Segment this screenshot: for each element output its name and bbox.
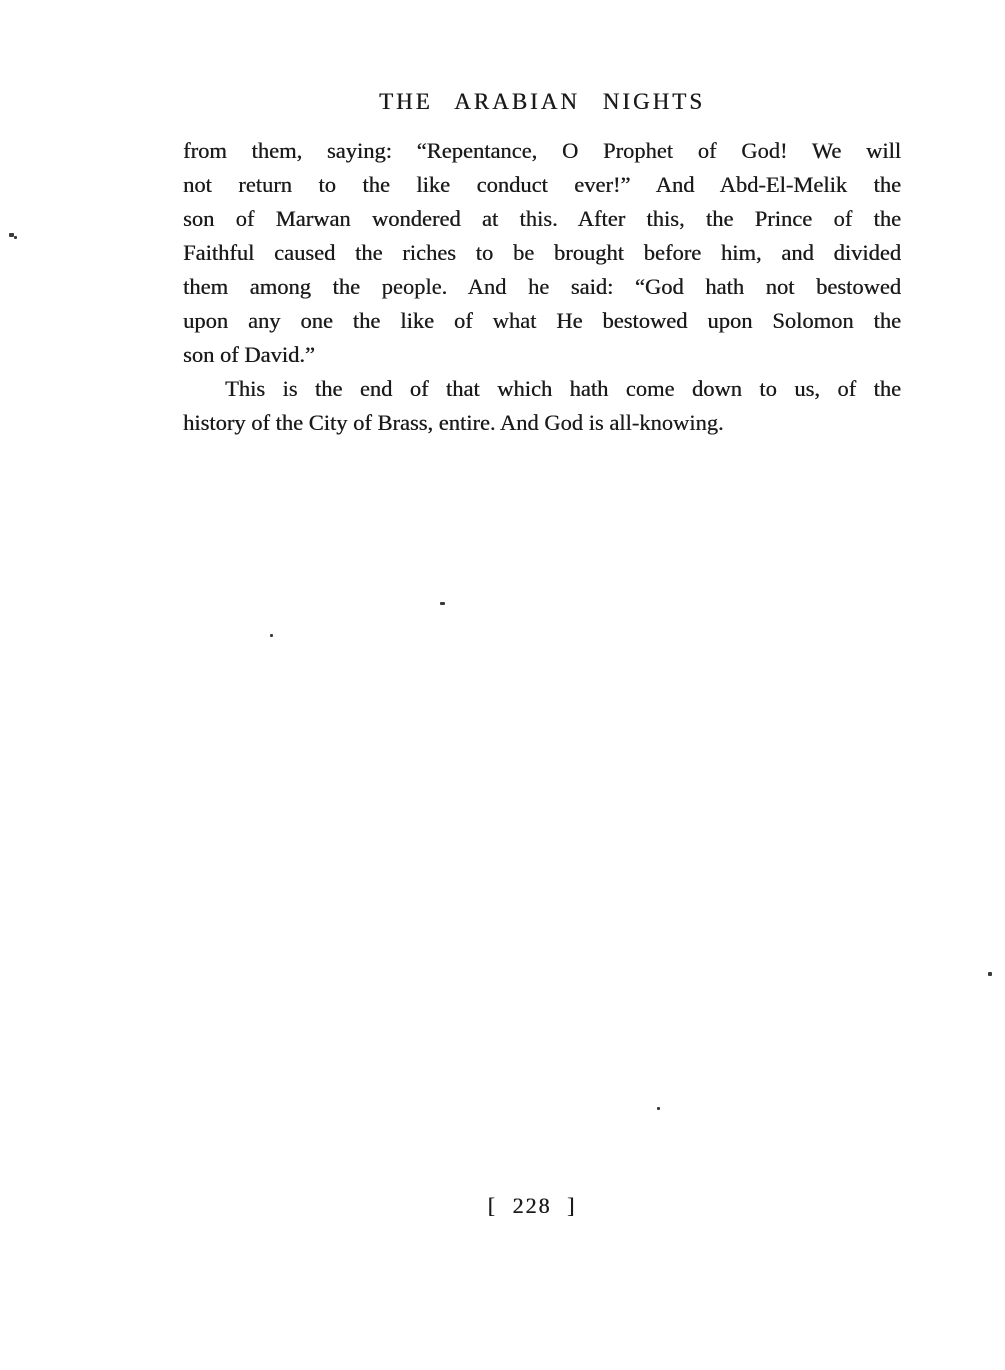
scan-speck — [270, 634, 273, 637]
scan-speck — [657, 1107, 660, 1110]
paragraph: from them, saying: “Repentance, O Prophe… — [183, 134, 901, 372]
text-line: them among the people. And he said: “God… — [183, 270, 901, 304]
text-line: from them, saying: “Repentance, O Prophe… — [183, 134, 901, 168]
page-text: from them, saying: “Repentance, O Prophe… — [183, 134, 901, 440]
running-header: THE ARABIAN NIGHTS — [183, 85, 901, 119]
text-line: Faithful caused the riches to be brought… — [183, 236, 901, 270]
paragraph: This is the end of that which hath come … — [183, 372, 901, 440]
text-line: history of the City of Brass, entire. An… — [183, 406, 901, 440]
text-line: not return to the like conduct ever!” An… — [183, 168, 901, 202]
scan-speck — [440, 602, 445, 605]
scan-speck — [14, 236, 17, 239]
text-line: upon any one the like of what He bestowe… — [183, 304, 901, 338]
scan-speck — [988, 972, 992, 976]
text-line: son of David.” — [183, 338, 901, 372]
text-line: This is the end of that which hath come … — [183, 372, 901, 406]
page-number: [ 228 ] — [173, 1189, 891, 1223]
text-line: son of Marwan wondered at this. After th… — [183, 202, 901, 236]
book-page: THE ARABIAN NIGHTS from them, saying: “R… — [0, 0, 1005, 1370]
